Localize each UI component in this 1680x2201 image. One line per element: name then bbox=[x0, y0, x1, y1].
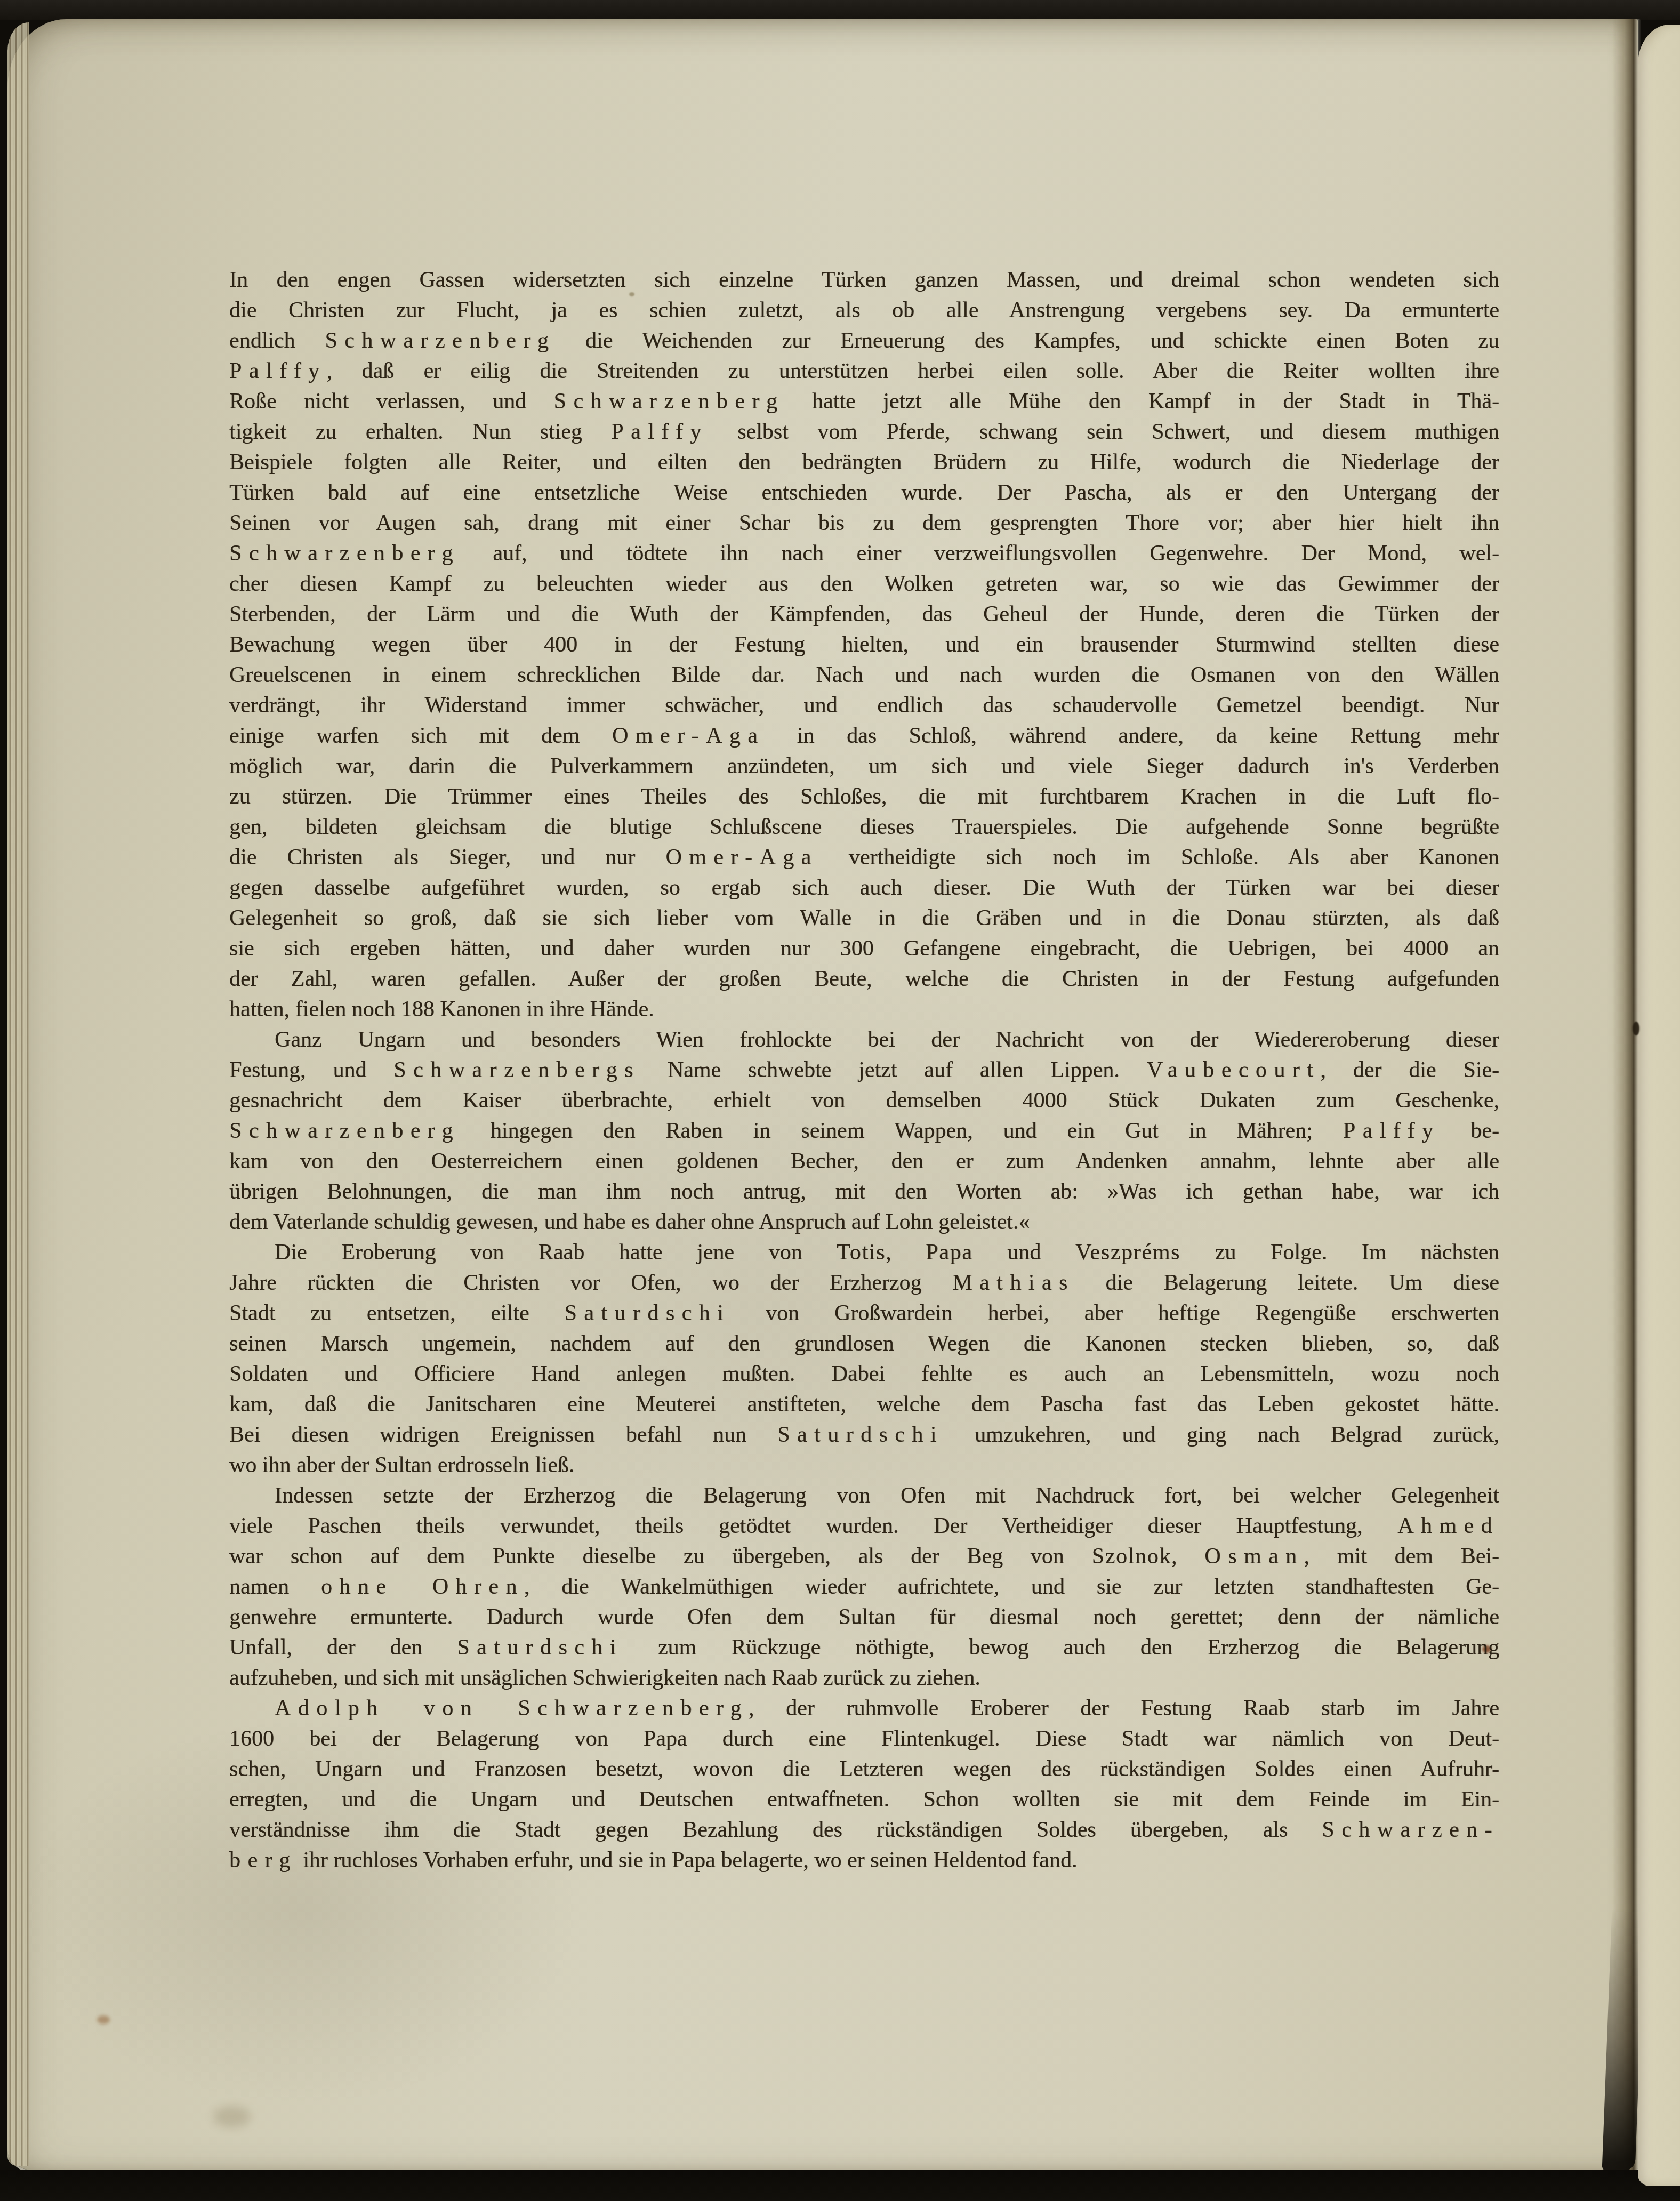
text-line: kam von den Oesterreichern einen goldene… bbox=[229, 1146, 1499, 1177]
letterspaced-name: Palffy bbox=[229, 359, 327, 383]
text-segment: hatte jetzt alle Mühe den Kampf in der S… bbox=[784, 389, 1499, 414]
text-segment: , bbox=[1171, 1544, 1204, 1569]
text-segment: , die Wankelmüthigen wieder aufrichtete,… bbox=[524, 1575, 1499, 1599]
text-segment: schen, Ungarn und Franzosen besetzt, wov… bbox=[229, 1757, 1499, 1781]
text-segment: Name schwebte jetzt auf allen Lippen. bbox=[640, 1058, 1147, 1082]
text-segment: , der die Sie- bbox=[1320, 1058, 1499, 1082]
letterspaced-name: ohne Ohren bbox=[321, 1575, 524, 1599]
text-segment: aufzuheben, und sich mit unsäglichen Sch… bbox=[229, 1666, 980, 1690]
text-line: wo ihn aber der Sultan erdrosseln ließ. bbox=[229, 1450, 1499, 1481]
text-line: Indessen setzte der Erzherzog die Belage… bbox=[229, 1481, 1499, 1511]
text-segment: Unfall, der den bbox=[229, 1635, 457, 1660]
text-segment: kam von den Oesterreichern einen goldene… bbox=[229, 1149, 1499, 1174]
text-segment: Seinen vor Augen sah, drang mit einer Sc… bbox=[229, 511, 1499, 535]
text-segment: gen, bildeten gleichsam die blutige Schl… bbox=[229, 815, 1499, 839]
text-segment: verständnisse ihm die Stadt gegen Bezahl… bbox=[229, 1818, 1322, 1842]
text-segment: Stadt zu entsetzen, eilte bbox=[229, 1301, 564, 1326]
text-segment: Totis bbox=[837, 1240, 886, 1265]
text-segment: übrigen Belohnungen, die man ihm noch an… bbox=[229, 1179, 1499, 1204]
letterspaced-name: Schwarzenbergs bbox=[393, 1058, 640, 1082]
text-line: viele Paschen theils verwundet, theils g… bbox=[229, 1511, 1499, 1541]
text-segment: Beispiele folgten alle Reiter, und eilte… bbox=[229, 450, 1499, 475]
text-line: Sterbenden, der Lärm und die Wuth der Kä… bbox=[229, 599, 1499, 630]
text-line: Roße nicht verlassen, und Schwarzenberg … bbox=[229, 387, 1499, 417]
text-line: berg ihr ruchloses Vorhaben erfuhr, und … bbox=[229, 1845, 1499, 1876]
text-line: aufzuheben, und sich mit unsäglichen Sch… bbox=[229, 1663, 1499, 1693]
text-segment: umzukehren, und ging nach Belgrad zurück… bbox=[944, 1423, 1499, 1447]
text-segment: Roße nicht verlassen, und bbox=[229, 389, 554, 414]
letterspaced-name: Schwarzenberg bbox=[229, 541, 460, 566]
text-line: gesnachricht dem Kaiser überbrachte, erh… bbox=[229, 1086, 1499, 1116]
text-line: namen ohne Ohren, die Wankelmüthigen wie… bbox=[229, 1572, 1499, 1602]
text-segment: Szolnok bbox=[1092, 1544, 1171, 1569]
letterspaced-name: Schwarzenberg bbox=[325, 328, 556, 353]
text-line: übrigen Belohnungen, die man ihm noch an… bbox=[229, 1177, 1499, 1207]
text-segment: die Christen als Sieger, und nur bbox=[229, 845, 665, 870]
text-line: die Christen als Sieger, und nur Omer-Ag… bbox=[229, 842, 1499, 873]
text-segment: cher diesen Kampf zu beleuchten wieder a… bbox=[229, 572, 1499, 596]
text-segment: auf, und tödtete ihn nach einer verzweif… bbox=[460, 541, 1499, 566]
text-segment: Die Eroberung von Raab hatte jene von bbox=[275, 1240, 837, 1265]
text-segment: , bbox=[886, 1240, 926, 1265]
text-segment: die Weichenden zur Erneuerung des Kampfe… bbox=[556, 328, 1499, 353]
text-line: Jahre rückten die Christen vor Ofen, wo … bbox=[229, 1268, 1499, 1298]
text-segment: zu stürzen. Die Trümmer eines Theiles de… bbox=[229, 784, 1499, 809]
text-line: dem Vaterlande schuldig gewesen, und hab… bbox=[229, 1207, 1499, 1238]
text-line: Ganz Ungarn und besonders Wien frohlockt… bbox=[229, 1025, 1499, 1055]
text-segment: zu Folge. Im nächsten bbox=[1180, 1240, 1499, 1265]
text-segment: die Belagerung leitete. Um diese bbox=[1075, 1271, 1499, 1295]
letterspaced-name: berg bbox=[229, 1848, 298, 1873]
text-line: Adolph von Schwarzenberg, der ruhmvolle … bbox=[229, 1693, 1499, 1724]
text-line: tigkeit zu erhalten. Nun stieg Palffy se… bbox=[229, 417, 1499, 447]
text-line: verdrängt, ihr Widerstand immer schwäche… bbox=[229, 690, 1499, 721]
text-line: einige warfen sich mit dem Omer-Aga in d… bbox=[229, 721, 1499, 751]
text-segment: dem Vaterlande schuldig gewesen, und hab… bbox=[229, 1210, 1030, 1234]
text-line: seinen Marsch ungemein, nachdem auf den … bbox=[229, 1329, 1499, 1359]
text-segment: Türken bald auf eine entsetzliche Weise … bbox=[229, 480, 1499, 505]
text-line: war schon auf dem Punkte dieselbe zu übe… bbox=[229, 1541, 1499, 1572]
text-line: Unfall, der den Saturdschi zum Rückzuge … bbox=[229, 1633, 1499, 1663]
text-segment: verdrängt, ihr Widerstand immer schwäche… bbox=[229, 693, 1499, 718]
book-scan: In den engen Gassen widersetzten sich ei… bbox=[0, 0, 1680, 2201]
text-segment: gegen dasselbe aufgeführet wurden, so er… bbox=[229, 875, 1499, 900]
text-line: Stadt zu entsetzen, eilte Saturdschi von… bbox=[229, 1298, 1499, 1329]
text-line: endlich Schwarzenberg die Weichenden zur… bbox=[229, 326, 1499, 356]
letterspaced-name: Ahmed bbox=[1397, 1514, 1499, 1538]
text-segment: Soldaten und Officiere Hand anlegen mußt… bbox=[229, 1362, 1499, 1386]
letterspaced-name: Saturdschi bbox=[564, 1301, 730, 1326]
text-segment: der Zahl, waren gefallen. Außer der groß… bbox=[229, 967, 1499, 991]
text-segment: Gelegenheit so groß, daß sie sich lieber… bbox=[229, 906, 1499, 930]
scan-margin-top bbox=[0, 0, 1680, 20]
text-segment: seinen Marsch ungemein, nachdem auf den … bbox=[229, 1331, 1499, 1356]
text-segment: wo ihn aber der Sultan erdrosseln ließ. bbox=[229, 1453, 574, 1477]
text-line: Beispiele folgten alle Reiter, und eilte… bbox=[229, 447, 1499, 478]
text-segment: be- bbox=[1440, 1119, 1499, 1143]
text-segment: viele Paschen theils verwundet, theils g… bbox=[229, 1514, 1397, 1538]
letterspaced-name: Saturdschi bbox=[777, 1423, 944, 1447]
letterspaced-name: Osman bbox=[1204, 1544, 1304, 1569]
text-segment: Greuelscenen in einem schrecklichen Bild… bbox=[229, 663, 1499, 687]
text-segment: namen bbox=[229, 1575, 321, 1599]
text-line: In den engen Gassen widersetzten sich ei… bbox=[229, 265, 1499, 295]
text-segment: einige warfen sich mit dem bbox=[229, 724, 612, 748]
text-line: sie sich ergeben hätten, und daher wurde… bbox=[229, 934, 1499, 964]
text-line: gegen dasselbe aufgeführet wurden, so er… bbox=[229, 873, 1499, 903]
text-segment: ihr ruchloses Vorhaben erfuhr, und sie i… bbox=[298, 1848, 1078, 1873]
text-segment: die Christen zur Flucht, ja es schien zu… bbox=[229, 298, 1499, 323]
text-line: Schwarzenberg auf, und tödtete ihn nach … bbox=[229, 539, 1499, 569]
text-line: Schwarzenberg hingegen den Raben in sein… bbox=[229, 1116, 1499, 1146]
text-segment: endlich bbox=[229, 328, 325, 353]
letterspaced-name: Adolph von Schwarzenberg bbox=[275, 1696, 749, 1721]
text-segment: hatten, fielen noch 188 Kanonen in ihre … bbox=[229, 997, 654, 1022]
text-segment: gesnachricht dem Kaiser überbrachte, erh… bbox=[229, 1088, 1499, 1113]
text-segment: In den engen Gassen widersetzten sich ei… bbox=[229, 268, 1499, 292]
text-segment: von Großwardein herbei, aber heftige Reg… bbox=[730, 1301, 1499, 1326]
letterspaced-name: Palffy bbox=[611, 420, 709, 444]
letterspaced-name: Schwarzenberg bbox=[554, 389, 785, 414]
text-segment: , mit dem Bei- bbox=[1304, 1544, 1499, 1569]
text-segment: Indessen setzte der Erzherzog die Belage… bbox=[275, 1483, 1499, 1508]
letterspaced-name: Omer-Aga bbox=[612, 724, 765, 748]
text-line: möglich war, darin die Pulverkammern anz… bbox=[229, 751, 1499, 782]
text-line: gen, bildeten gleichsam die blutige Schl… bbox=[229, 812, 1499, 842]
text-segment: Bewachung wegen über 400 in der Festung … bbox=[229, 632, 1499, 657]
text-segment: kam, daß die Janitscharen eine Meuterei … bbox=[229, 1392, 1499, 1417]
letterspaced-name: Palffy bbox=[1343, 1119, 1441, 1143]
letterspaced-name: Schwarzenberg bbox=[229, 1119, 460, 1143]
letterspaced-name: Omer-Aga bbox=[665, 845, 818, 870]
text-segment: Jahre rückten die Christen vor Ofen, wo … bbox=[229, 1271, 952, 1295]
text-line: Bewachung wegen über 400 in der Festung … bbox=[229, 630, 1499, 660]
text-segment: hingegen den Raben in seinem Wappen, und… bbox=[460, 1119, 1343, 1143]
letterspaced-name: Schwarzen- bbox=[1322, 1818, 1499, 1842]
text-segment: in das Schloß, während andere, da keine … bbox=[765, 724, 1499, 748]
text-segment: Ganz Ungarn und besonders Wien frohlockt… bbox=[275, 1027, 1499, 1052]
text-segment: vertheidigte sich noch im Schloße. Als a… bbox=[818, 845, 1499, 870]
text-segment: genwehre ermunterte. Dadurch wurde Ofen … bbox=[229, 1605, 1499, 1629]
text-segment: Veszpréms bbox=[1075, 1240, 1180, 1265]
text-line: Gelegenheit so groß, daß sie sich lieber… bbox=[229, 903, 1499, 934]
text-line: Soldaten und Officiere Hand anlegen mußt… bbox=[229, 1359, 1499, 1389]
text-line: cher diesen Kampf zu beleuchten wieder a… bbox=[229, 569, 1499, 599]
text-line: verständnisse ihm die Stadt gegen Bezahl… bbox=[229, 1815, 1499, 1845]
text-line: zu stürzen. Die Trümmer eines Theiles de… bbox=[229, 782, 1499, 812]
next-page-edge bbox=[1638, 25, 1680, 2186]
scan-margin-bottom bbox=[0, 2170, 1680, 2201]
text-segment: möglich war, darin die Pulverkammern anz… bbox=[229, 754, 1499, 778]
text-segment: selbst vom Pferde, schwang sein Schwert,… bbox=[709, 420, 1499, 444]
text-line: 1600 bei der Belagerung von Papa durch e… bbox=[229, 1724, 1499, 1754]
text-line: kam, daß die Janitscharen eine Meuterei … bbox=[229, 1389, 1499, 1420]
text-line: Bei diesen widrigen Ereignissen befahl n… bbox=[229, 1420, 1499, 1450]
letterspaced-name: Saturdschi bbox=[457, 1635, 623, 1660]
text-line: Palffy, daß er eilig die Streitenden zu … bbox=[229, 356, 1499, 387]
text-line: die Christen zur Flucht, ja es schien zu… bbox=[229, 295, 1499, 326]
text-segment: tigkeit zu erhalten. Nun stieg bbox=[229, 420, 611, 444]
letterspaced-name: Vaubecourt bbox=[1147, 1058, 1321, 1082]
page-text: In den engen Gassen widersetzten sich ei… bbox=[229, 265, 1499, 1876]
text-segment: erregten, und die Ungarn und Deutschen e… bbox=[229, 1787, 1499, 1812]
text-line: hatten, fielen noch 188 Kanonen in ihre … bbox=[229, 994, 1499, 1025]
text-segment: , der ruhmvolle Eroberer der Festung Raa… bbox=[749, 1696, 1499, 1721]
text-line: Greuelscenen in einem schrecklichen Bild… bbox=[229, 660, 1499, 690]
text-line: genwehre ermunterte. Dadurch wurde Ofen … bbox=[229, 1602, 1499, 1633]
text-line: der Zahl, waren gefallen. Außer der groß… bbox=[229, 964, 1499, 994]
text-segment: zum Rückzuge nöthigte, bewog auch den Er… bbox=[623, 1635, 1499, 1660]
text-line: Festung, und Schwarzenbergs Name schwebt… bbox=[229, 1055, 1499, 1086]
page-stack-edges bbox=[7, 22, 29, 2166]
text-segment: war schon auf dem Punkte dieselbe zu übe… bbox=[229, 1544, 1092, 1569]
text-segment: und bbox=[973, 1240, 1075, 1265]
text-segment: Bei diesen widrigen Ereignissen befahl n… bbox=[229, 1423, 777, 1447]
text-segment: Papa bbox=[926, 1240, 972, 1265]
text-segment: Festung, und bbox=[229, 1058, 393, 1082]
text-line: schen, Ungarn und Franzosen besetzt, wov… bbox=[229, 1754, 1499, 1785]
page-fold-edge bbox=[1612, 19, 1641, 2170]
text-segment: sie sich ergeben hätten, und daher wurde… bbox=[229, 936, 1499, 961]
text-line: Seinen vor Augen sah, drang mit einer Sc… bbox=[229, 508, 1499, 539]
text-line: erregten, und die Ungarn und Deutschen e… bbox=[229, 1785, 1499, 1815]
text-segment: Sterbenden, der Lärm und die Wuth der Kä… bbox=[229, 602, 1499, 626]
text-segment: , daß er eilig die Streitenden zu unters… bbox=[327, 359, 1499, 383]
letterspaced-name: Mathias bbox=[952, 1271, 1074, 1295]
text-line: Türken bald auf eine entsetzliche Weise … bbox=[229, 478, 1499, 508]
text-segment: 1600 bei der Belagerung von Papa durch e… bbox=[229, 1726, 1499, 1751]
text-line: Die Eroberung von Raab hatte jene von To… bbox=[229, 1238, 1499, 1268]
